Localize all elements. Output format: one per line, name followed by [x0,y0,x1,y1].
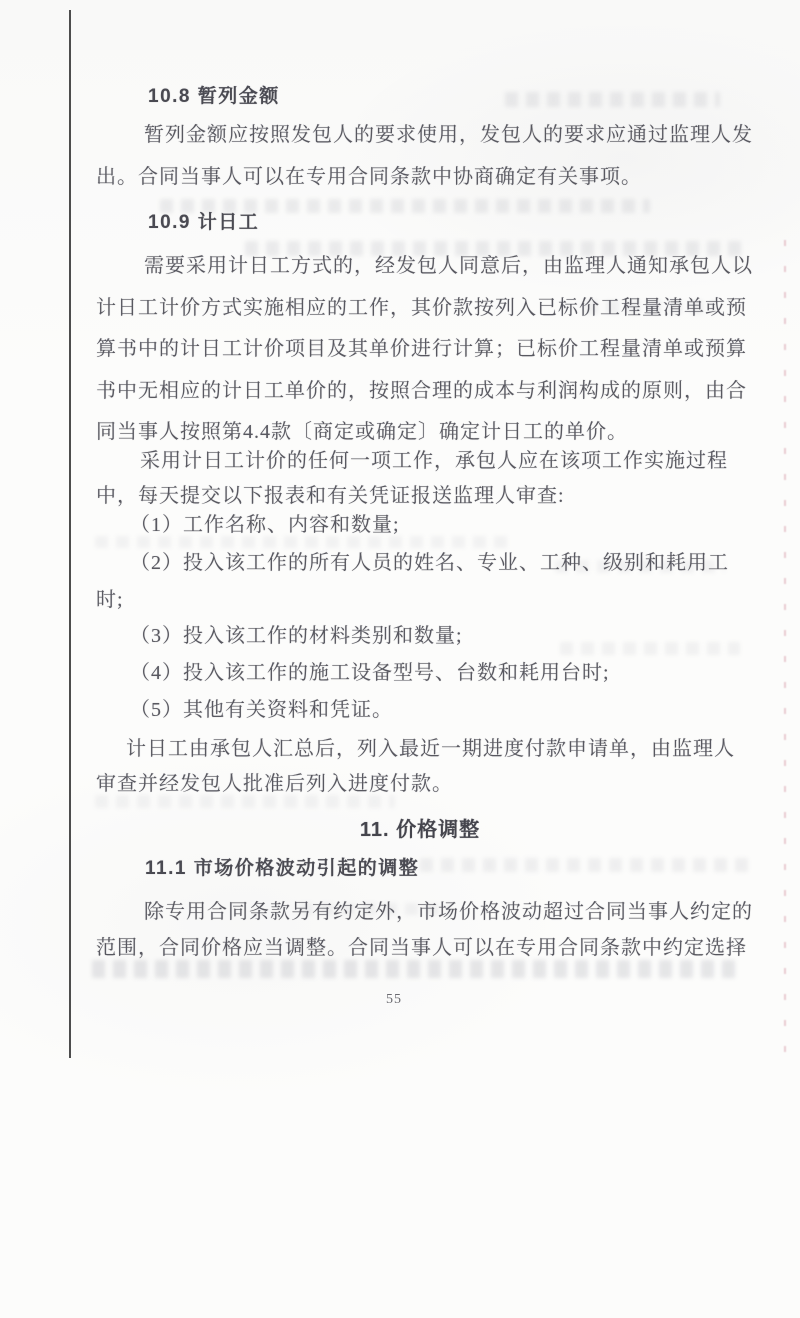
paragraph-line: 除专用合同条款另有约定外，市场价格波动超过合同当事人约定的 [144,899,753,925]
bleedthrough-smudge [505,92,720,107]
paragraph-line: 计日工由承包人汇总后，列入最近一期进度付款申请单，由监理人 [126,736,735,762]
paragraph-line: 暂列金额应按照发包人的要求使用，发包人的要求应通过监理人发 [144,122,753,148]
paragraph-line: 中，每天提交以下报表和有关凭证报送监理人审查: [96,483,565,509]
list-item-2: （2）投入该工作的所有人员的姓名、专业、工种、级别和耗用工 [130,550,729,576]
bleedthrough-smudge [92,960,737,978]
list-item-1: （1）工作名称、内容和数量; [130,512,400,538]
heading-10-8: 10.8 暂列金额 [148,84,280,110]
list-item-5: （5）其他有关资料和凭证。 [130,697,393,723]
scanned-page: 10.8 暂列金额 暂列金额应按照发包人的要求使用，发包人的要求应通过监理人发 … [0,0,800,1318]
bleedthrough-smudge [560,642,740,655]
right-bleed-line [784,240,786,1060]
list-item-4: （4）投入该工作的施工设备型号、台数和耗用台时; [130,660,610,686]
paragraph-line: 书中无相应的计日工单价的，按照合理的成本与利润构成的原则，由合 [96,378,747,404]
paragraph-line: 采用计日工计价的任何一项工作，承包人应在该项工作实施过程 [140,448,728,474]
list-item-2-continuation: 时; [96,587,124,613]
section-heading-11: 11. 价格调整 [96,813,744,842]
page-number: 55 [386,992,402,1008]
list-item-3: （3）投入该工作的材料类别和数量; [130,623,463,649]
bleedthrough-smudge [420,858,750,872]
paragraph-line: 需要采用计日工方式的，经发包人同意后，由监理人通知承包人以 [144,253,753,279]
paragraph-line: 审查并经发包人批准后列入进度付款。 [96,771,453,797]
paragraph-line: 计日工计价方式实施相应的工作，其价款按列入已标价工程量清单或预 [96,295,747,321]
paragraph-line: 出。合同当事人可以在专用合同条款中协商确定有关事项。 [96,164,642,190]
left-margin-rule [69,10,71,1058]
heading-11-1: 11.1 市场价格波动引起的调整 [145,856,419,882]
paragraph-line: 范围，合同价格应当调整。合同当事人可以在专用合同条款中约定选择 [96,935,747,961]
paragraph-line: 算书中的计日工计价项目及其单价进行计算；已标价工程量清单或预算 [96,336,747,362]
heading-10-9: 10.9 计日工 [148,210,259,236]
paragraph-line: 同当事人按照第4.4款〔商定或确定〕确定计日工的单价。 [96,419,628,445]
